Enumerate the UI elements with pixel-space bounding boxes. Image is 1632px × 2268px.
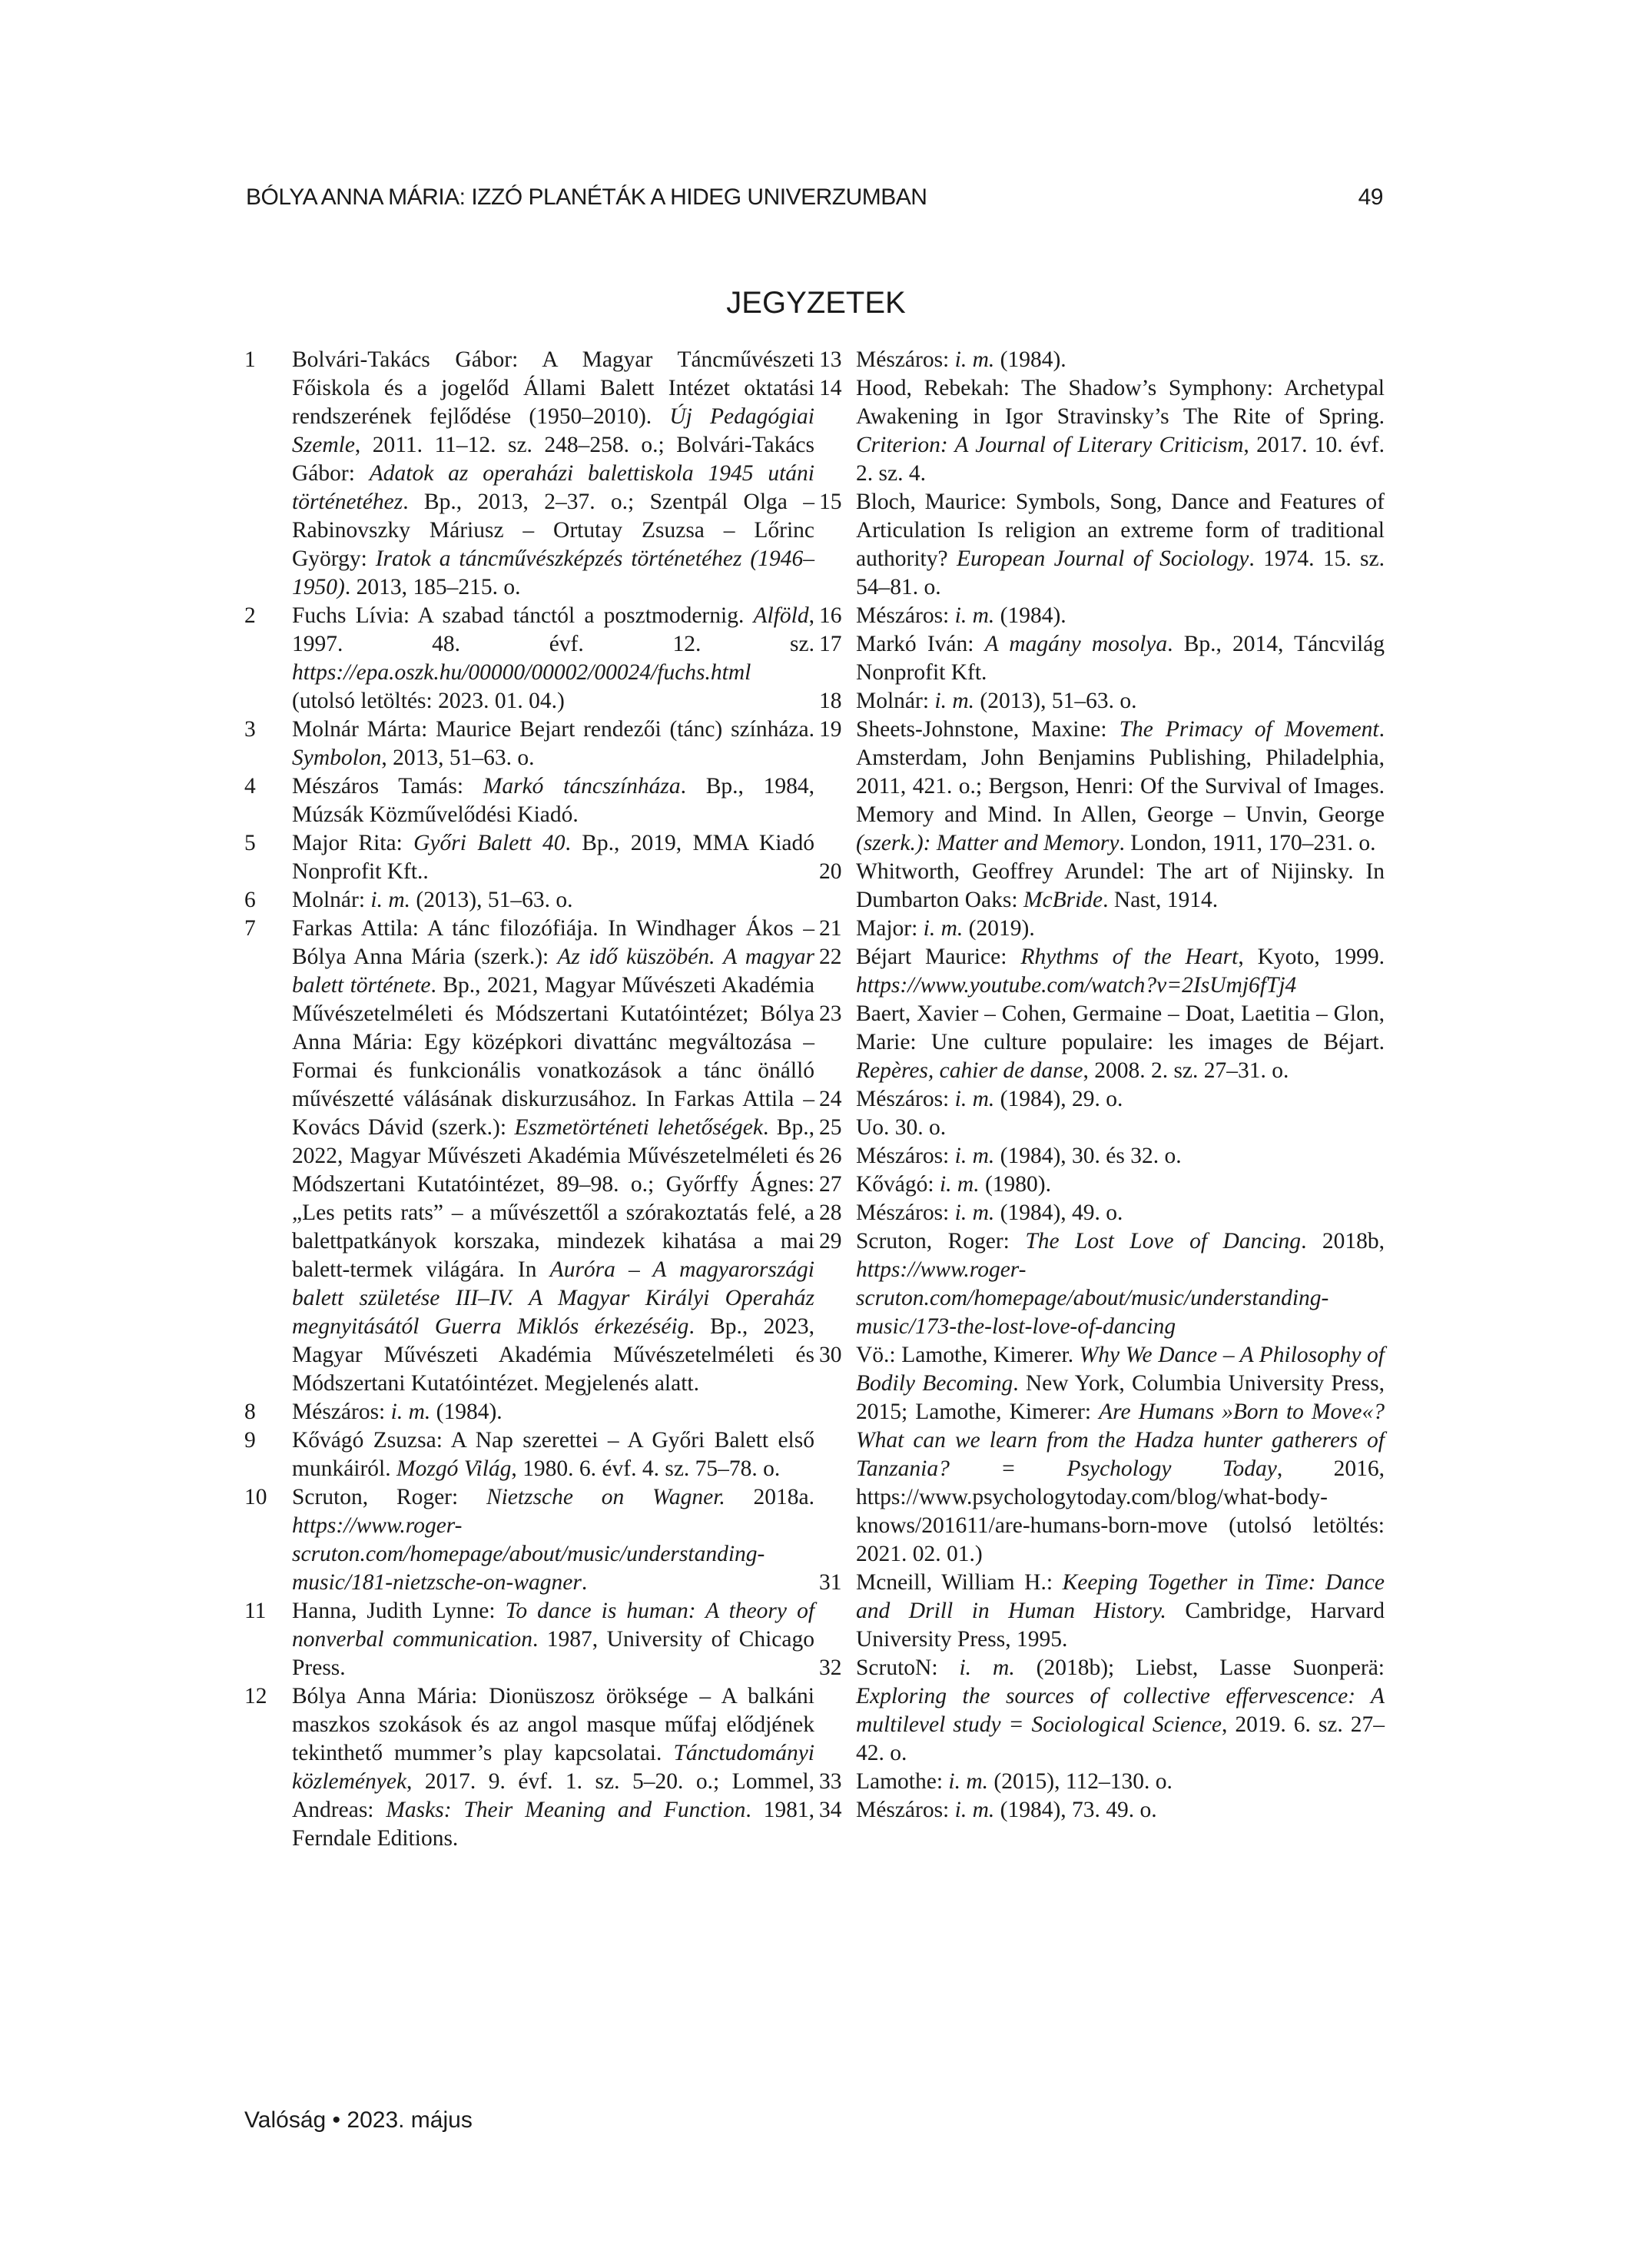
text-run: Scruton, Roger: bbox=[856, 1229, 1025, 1254]
footnote-item: 7Farkas Attila: A tánc filozófiája. In W… bbox=[244, 915, 814, 1398]
text-run: Molnár: bbox=[856, 689, 934, 713]
footnote-text: Molnár Márta: Maurice Bejart rendezői (t… bbox=[292, 716, 814, 772]
footnote-item: 11Hanna, Judith Lynne: To dance is human… bbox=[244, 1597, 814, 1682]
italic-title: i. m. bbox=[948, 1769, 988, 1794]
footnote-number: 28 bbox=[819, 1199, 856, 1227]
footer-issue: 2023. május bbox=[347, 2107, 472, 2133]
footnote-text: Baert, Xavier – Cohen, Germaine – Doat, … bbox=[856, 1000, 1385, 1085]
footnote-text: Molnár: i. m. (2013), 51–63. o. bbox=[292, 886, 814, 915]
footnote-number: 5 bbox=[244, 829, 292, 858]
footnote-text: Vö.: Lamothe, Kimerer. Why We Dance – A … bbox=[856, 1341, 1385, 1569]
footnote-item: 30Vö.: Lamothe, Kimerer. Why We Dance – … bbox=[819, 1341, 1385, 1569]
text-run: Molnár Márta: Maurice Bejart rendezői (t… bbox=[292, 717, 814, 742]
footnote-item: 24Mészáros: i. m. (1984), 29. o. bbox=[819, 1085, 1385, 1114]
footnote-item: 2Fuchs Lívia: A szabad tánctól a posztmo… bbox=[244, 602, 814, 716]
footnote-text: Markó Iván: A magány mosolya. Bp., 2014,… bbox=[856, 630, 1385, 687]
footnote-text: Mészáros: i. m. (1984), 49. o. bbox=[856, 1199, 1385, 1227]
footnote-item: 27Kővágó: i. m. (1980). bbox=[819, 1171, 1385, 1199]
text-run: (2015), 112–130. o. bbox=[988, 1769, 1173, 1794]
footnote-item: 22Béjart Maurice: Rhythms of the Heart, … bbox=[819, 943, 1385, 1000]
footnote-item: 32ScrutoN: i. m. (2018b); Liebst, Lasse … bbox=[819, 1654, 1385, 1768]
footnote-item: 28Mészáros: i. m. (1984), 49. o. bbox=[819, 1199, 1385, 1227]
footnote-text: Kővágó: i. m. (1980). bbox=[856, 1171, 1385, 1199]
footnote-text: Mcneill, William H.: Keeping Together in… bbox=[856, 1569, 1385, 1654]
text-run: Molnár: bbox=[292, 888, 370, 912]
notes-column-left: 1Bolvári-Takács Gábor: A Magyar Táncművé… bbox=[244, 346, 814, 1853]
italic-title: i. m. bbox=[370, 888, 410, 912]
italic-title: Repères, cahier de danse bbox=[856, 1058, 1083, 1083]
text-run: (2013), 51–63. o. bbox=[974, 689, 1136, 713]
footnote-item: 31Mcneill, William H.: Keeping Together … bbox=[819, 1569, 1385, 1654]
footnote-text: Kővágó Zsuzsa: A Nap szerettei – A Győri… bbox=[292, 1426, 814, 1483]
text-run: , 1980. 6. évf. 4. sz. 75–78. o. bbox=[511, 1456, 780, 1481]
footnote-text: Sheets-Johnstone, Maxine: The Primacy of… bbox=[856, 716, 1385, 858]
text-run: Mészáros: bbox=[856, 1087, 955, 1111]
footnote-number: 14 bbox=[819, 374, 856, 403]
text-run: . London, 1911, 170–231. o. bbox=[1119, 831, 1375, 855]
page-number: 49 bbox=[1358, 184, 1383, 211]
footnote-number: 21 bbox=[819, 915, 856, 943]
footnote-item: 20Whitworth, Geoffrey Arundel: The art o… bbox=[819, 858, 1385, 915]
text-run: Mészáros: bbox=[292, 1400, 391, 1424]
text-run: 2018a. bbox=[725, 1485, 814, 1509]
footnote-text: Whitworth, Geoffrey Arundel: The art of … bbox=[856, 858, 1385, 915]
italic-title: Eszmetörténeti lehetőségek bbox=[515, 1115, 763, 1140]
footnote-item: 18Molnár: i. m. (2013), 51–63. o. bbox=[819, 687, 1385, 716]
text-run: Mészáros: bbox=[856, 603, 955, 628]
text-run: (2013), 51–63. o. bbox=[410, 888, 572, 912]
text-run: (2019). bbox=[963, 916, 1034, 941]
footnote-item: 13Mészáros: i. m. (1984). bbox=[819, 346, 1385, 374]
footnote-number: 16 bbox=[819, 602, 856, 630]
footnote-text: Major Rita: Győri Balett 40. Bp., 2019, … bbox=[292, 829, 814, 886]
italic-title: Alföld bbox=[754, 603, 809, 628]
footnote-text: Scruton, Roger: The Lost Love of Dancing… bbox=[856, 1227, 1385, 1341]
italic-title: i. m. bbox=[934, 689, 974, 713]
footnote-text: Bloch, Maurice: Symbols, Song, Dance and… bbox=[856, 488, 1385, 602]
text-run: (1984), 49. o. bbox=[994, 1200, 1123, 1225]
footnote-number: 26 bbox=[819, 1142, 856, 1171]
italic-title: Markó táncszínháza bbox=[483, 774, 681, 799]
footnote-text: Mészáros: i. m. (1984), 30. és 32. o. bbox=[856, 1142, 1385, 1171]
text-run: Sheets-Johnstone, Maxine: bbox=[856, 717, 1120, 742]
footnote-text: Molnár: i. m. (2013), 51–63. o. bbox=[856, 687, 1385, 716]
italic-title: Nietzsche on Wagner. bbox=[486, 1485, 725, 1509]
italic-title: The Lost Love of Dancing bbox=[1025, 1229, 1301, 1254]
italic-title: i. m. bbox=[959, 1655, 1014, 1680]
footnote-number: 9 bbox=[244, 1426, 292, 1455]
text-run: . 2013, 185–215. o. bbox=[345, 575, 521, 599]
footnote-number: 34 bbox=[819, 1796, 856, 1825]
footnote-number: 15 bbox=[819, 488, 856, 516]
text-run: Mcneill, William H.: bbox=[856, 1570, 1063, 1595]
text-run: Uo. 30. o. bbox=[856, 1115, 946, 1140]
footer-separator: • bbox=[333, 2107, 341, 2133]
section-title: JEGYZETEK bbox=[0, 286, 1632, 320]
footnote-number: 22 bbox=[819, 943, 856, 971]
text-run: . bbox=[582, 1570, 587, 1595]
footnote-text: Scruton, Roger: Nietzsche on Wagner. 201… bbox=[292, 1483, 814, 1597]
text-run: Béjart Maurice: bbox=[856, 945, 1020, 969]
footnote-number: 29 bbox=[819, 1227, 856, 1256]
footnote-number: 6 bbox=[244, 886, 292, 915]
footnote-number: 1 bbox=[244, 346, 292, 374]
footnote-number: 12 bbox=[244, 1682, 292, 1711]
text-run: (1984), 30. és 32. o. bbox=[994, 1144, 1181, 1168]
text-run: Lamothe: bbox=[856, 1769, 948, 1794]
footnote-item: 16Mészáros: i. m. (1984). bbox=[819, 602, 1385, 630]
italic-title: i. m. bbox=[955, 1200, 995, 1225]
text-run: , 2008. 2. sz. 27–31. o. bbox=[1083, 1058, 1289, 1083]
footnote-item: 19Sheets-Johnstone, Maxine: The Primacy … bbox=[819, 716, 1385, 858]
footnote-text: Mészáros Tamás: Markó táncszínháza. Bp.,… bbox=[292, 772, 814, 829]
italic-title: i. m. bbox=[955, 347, 995, 372]
footnote-item: 26Mészáros: i. m. (1984), 30. és 32. o. bbox=[819, 1142, 1385, 1171]
footnote-item: 8Mészáros: i. m. (1984). bbox=[244, 1398, 814, 1426]
footnote-item: 12Bólya Anna Mária: Dionüszosz öröksége … bbox=[244, 1682, 814, 1853]
text-run: Major: bbox=[856, 916, 924, 941]
footnote-number: 18 bbox=[819, 687, 856, 716]
footnote-item: 1Bolvári-Takács Gábor: A Magyar Táncművé… bbox=[244, 346, 814, 602]
text-run: (1980). bbox=[980, 1172, 1051, 1197]
italic-title: European Journal of Sociology bbox=[957, 546, 1249, 571]
footnote-text: Bólya Anna Mária: Dionüszosz öröksége – … bbox=[292, 1682, 814, 1853]
text-run: Kővágó: bbox=[856, 1172, 940, 1197]
text-run: Mészáros Tamás: bbox=[292, 774, 483, 799]
footnote-item: 14Hood, Rebekah: The Shadow’s Symphony: … bbox=[819, 374, 1385, 488]
italic-title: Rhythms of the Heart bbox=[1020, 945, 1238, 969]
text-run: , 2013, 51–63. o. bbox=[381, 745, 534, 770]
footnote-text: Mészáros: i. m. (1984), 29. o. bbox=[856, 1085, 1385, 1114]
running-title: BÓLYA ANNA MÁRIA: IZZÓ PLANÉTÁK A HIDEG … bbox=[246, 184, 927, 211]
text-run: Mészáros: bbox=[856, 1798, 955, 1822]
footnote-number: 23 bbox=[819, 1000, 856, 1028]
footnote-number: 13 bbox=[819, 346, 856, 374]
italic-title: i. m. bbox=[955, 1087, 995, 1111]
text-run: (2018b); Liebst, Lasse Suonperä: bbox=[1015, 1655, 1385, 1680]
italic-title: The Primacy of Movement bbox=[1120, 717, 1379, 742]
text-run: Fuchs Lívia: A szabad tánctól a posztmod… bbox=[292, 603, 754, 628]
italic-title: i. m. bbox=[955, 1798, 995, 1822]
footnote-item: 29Scruton, Roger: The Lost Love of Danci… bbox=[819, 1227, 1385, 1341]
italic-title: A magány mosolya bbox=[985, 632, 1168, 656]
footnote-item: 23Baert, Xavier – Cohen, Germaine – Doat… bbox=[819, 1000, 1385, 1085]
footnote-item: 34Mészáros: i. m. (1984), 73. 49. o. bbox=[819, 1796, 1385, 1825]
footnote-number: 19 bbox=[819, 716, 856, 744]
text-run: (1984). bbox=[994, 603, 1066, 628]
footnote-number: 27 bbox=[819, 1171, 856, 1199]
italic-title: https://epa.oszk.hu/00000/00002/00024/fu… bbox=[292, 660, 751, 685]
text-run: Vö.: Lamothe, Kimerer. bbox=[856, 1343, 1080, 1367]
footer-journal: Valóság bbox=[244, 2107, 326, 2133]
text-run: Hood, Rebekah: The Shadow’s Symphony: Ar… bbox=[856, 376, 1385, 429]
text-run: ScrutoN: bbox=[856, 1655, 959, 1680]
footnote-number: 20 bbox=[819, 858, 856, 886]
italic-title: https://www.youtube.com/watch?v=2IsUmj6f… bbox=[856, 973, 1296, 998]
italic-title: Mozgó Világ bbox=[396, 1456, 511, 1481]
footnote-item: 17Markó Iván: A magány mosolya. Bp., 201… bbox=[819, 630, 1385, 687]
footnote-text: Mészáros: i. m. (1984), 73. 49. o. bbox=[856, 1796, 1385, 1825]
footnote-text: Major: i. m. (2019). bbox=[856, 915, 1385, 943]
footnote-text: Mészáros: i. m. (1984). bbox=[292, 1398, 814, 1426]
footnote-text: Fuchs Lívia: A szabad tánctól a posztmod… bbox=[292, 602, 814, 716]
footnote-number: 32 bbox=[819, 1654, 856, 1682]
footnote-text: Hood, Rebekah: The Shadow’s Symphony: Ar… bbox=[856, 374, 1385, 488]
footnote-item: 15Bloch, Maurice: Symbols, Song, Dance a… bbox=[819, 488, 1385, 602]
text-run: (1984), 29. o. bbox=[994, 1087, 1123, 1111]
italic-title: i. m. bbox=[924, 916, 964, 941]
italic-title: https://www.roger-scruton.com/homepage/a… bbox=[856, 1257, 1328, 1339]
footnote-text: ScrutoN: i. m. (2018b); Liebst, Lasse Su… bbox=[856, 1654, 1385, 1768]
text-run: Hanna, Judith Lynne: bbox=[292, 1599, 506, 1623]
text-run: (1984), 73. 49. o. bbox=[994, 1798, 1156, 1822]
italic-title: i. m. bbox=[940, 1172, 980, 1197]
footnote-text: Lamothe: i. m. (2015), 112–130. o. bbox=[856, 1768, 1385, 1796]
footnote-text: Uo. 30. o. bbox=[856, 1114, 1385, 1142]
footnote-item: 4Mészáros Tamás: Markó táncszínháza. Bp.… bbox=[244, 772, 814, 829]
italic-title: i. m. bbox=[955, 603, 995, 628]
italic-title: Győri Balett 40 bbox=[413, 831, 565, 855]
footnote-item: 21Major: i. m. (2019). bbox=[819, 915, 1385, 943]
text-run: Major Rita: bbox=[292, 831, 413, 855]
footnote-text: Hanna, Judith Lynne: To dance is human: … bbox=[292, 1597, 814, 1682]
text-run: (utolsó letöltés: 2023. 01. 04.) bbox=[292, 689, 565, 713]
text-run: Mészáros: bbox=[856, 347, 955, 372]
text-run: Baert, Xavier – Cohen, Germaine – Doat, … bbox=[856, 1001, 1385, 1054]
footnote-number: 2 bbox=[244, 602, 292, 630]
footnote-text: Farkas Attila: A tánc filozófiája. In Wi… bbox=[292, 915, 814, 1398]
text-run: Markó Iván: bbox=[856, 632, 985, 656]
footnote-number: 8 bbox=[244, 1398, 292, 1426]
footnote-text: Mészáros: i. m. (1984). bbox=[856, 346, 1385, 374]
footnote-number: 24 bbox=[819, 1085, 856, 1114]
footnote-number: 4 bbox=[244, 772, 292, 801]
footnote-number: 31 bbox=[819, 1569, 856, 1597]
footnote-text: Mészáros: i. m. (1984). bbox=[856, 602, 1385, 630]
italic-title: (szerk.): Matter and Memory bbox=[856, 831, 1119, 855]
italic-title: i. m. bbox=[391, 1400, 431, 1424]
text-run: . 2018b, bbox=[1301, 1229, 1385, 1254]
italic-title: Masks: Their Meaning and Function bbox=[386, 1798, 745, 1822]
footnote-item: 5Major Rita: Győri Balett 40. Bp., 2019,… bbox=[244, 829, 814, 886]
footnote-number: 17 bbox=[819, 630, 856, 659]
footnote-item: 25Uo. 30. o. bbox=[819, 1114, 1385, 1142]
running-header: BÓLYA ANNA MÁRIA: IZZÓ PLANÉTÁK A HIDEG … bbox=[246, 184, 1383, 211]
footnote-number: 33 bbox=[819, 1768, 856, 1796]
text-run: Mészáros: bbox=[856, 1200, 955, 1225]
footnote-text: Bolvári-Takács Gábor: A Magyar Táncművés… bbox=[292, 346, 814, 602]
footnote-item: 33Lamothe: i. m. (2015), 112–130. o. bbox=[819, 1768, 1385, 1796]
italic-title: McBride bbox=[1023, 888, 1103, 912]
footnote-item: 3Molnár Márta: Maurice Bejart rendezői (… bbox=[244, 716, 814, 772]
text-run: (1984). bbox=[994, 347, 1066, 372]
text-run: Mészáros: bbox=[856, 1144, 955, 1168]
footnote-number: 30 bbox=[819, 1341, 856, 1370]
footnote-item: 6Molnár: i. m. (2013), 51–63. o. bbox=[244, 886, 814, 915]
italic-title: Criterion: A Journal of Literary Critici… bbox=[856, 433, 1243, 457]
footnote-number: 11 bbox=[244, 1597, 292, 1625]
footnote-text: Béjart Maurice: Rhythms of the Heart, Ky… bbox=[856, 943, 1385, 1000]
text-run: Scruton, Roger: bbox=[292, 1485, 486, 1509]
notes-column-right: 13Mészáros: i. m. (1984).14Hood, Rebekah… bbox=[819, 346, 1385, 1825]
italic-title: https://www.roger-scruton.com/homepage/a… bbox=[292, 1513, 765, 1595]
footnote-item: 9Kővágó Zsuzsa: A Nap szerettei – A Győr… bbox=[244, 1426, 814, 1483]
text-run: (1984). bbox=[430, 1400, 502, 1424]
footnote-number: 25 bbox=[819, 1114, 856, 1142]
text-run: . Nast, 1914. bbox=[1103, 888, 1218, 912]
page-footer: Valóság • 2023. május bbox=[244, 2107, 473, 2134]
italic-title: Symbolon bbox=[292, 745, 381, 770]
italic-title: i. m. bbox=[955, 1144, 995, 1168]
footnote-number: 7 bbox=[244, 915, 292, 943]
footnote-number: 10 bbox=[244, 1483, 292, 1512]
footnote-number: 3 bbox=[244, 716, 292, 744]
footnote-item: 10Scruton, Roger: Nietzsche on Wagner. 2… bbox=[244, 1483, 814, 1597]
text-run: , Kyoto, 1999. bbox=[1238, 945, 1385, 969]
